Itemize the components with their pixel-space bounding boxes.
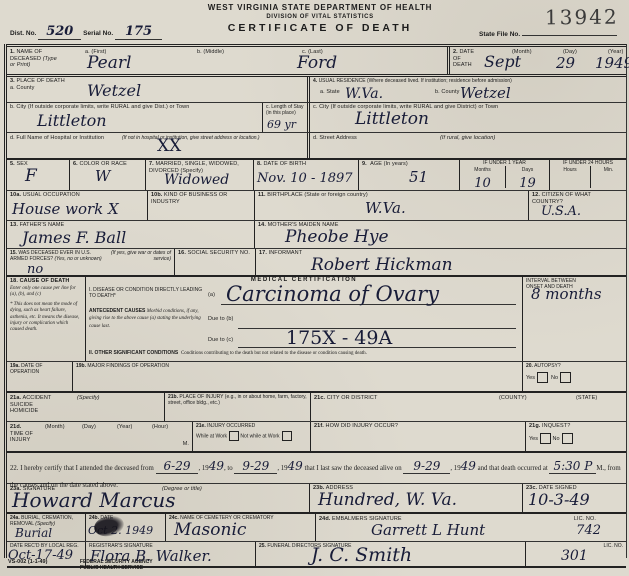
autopsy-no-checkbox [560, 372, 571, 383]
field-inquest: 21g. INQUEST? Yes No [525, 422, 626, 451]
cause-of-death-sidebar: 18. CAUSE OF DEATH Enter only one cause … [7, 277, 85, 361]
field-fathers-name: 13. FATHER'S NAME James F. Ball [7, 221, 254, 248]
injury-state-label: (STATE) [576, 395, 597, 402]
residence-county-value: Wetzel [460, 84, 511, 102]
field-place-of-death-county: 3. PLACE OF DEATH a. County Wetzel [7, 77, 307, 102]
hospital-label: d. Full Name of Hospital or Institution [10, 135, 110, 142]
birthplace-value: W.Va. [365, 199, 406, 217]
first-name-value: Pearl [87, 53, 131, 73]
cert-to-date: 9-29 [234, 459, 277, 474]
cert-death-time: 5:30 P [549, 459, 596, 474]
cause-c-tag: Due to (c) [208, 337, 233, 344]
medical-certification-area: MEDICAL CERTIFICATION I. DISEASE OR COND… [85, 277, 522, 361]
field-place-city: b. City (If outside corporate limits, wr… [7, 103, 262, 132]
cert-text-2: , 19 [198, 465, 208, 472]
funeral-lic-value: 301 [561, 548, 588, 564]
informant-value: Robert Hickman [311, 255, 453, 275]
embalmer-signature-value: Garrett L Hunt [371, 521, 485, 539]
form-body: 1. NAME OF DECEASED (Type or Print) a. (… [4, 44, 627, 558]
cert-text-1: 22. I hereby certify that I attended the… [10, 465, 154, 472]
place-city-label: b. City (If outside corporate limits, wr… [10, 104, 240, 111]
cause-footnote: * This does not mean the mode of dying, … [10, 302, 82, 333]
not-while-at-work-label: Not while at Work [240, 434, 279, 440]
state-file-line: State File No. [479, 31, 617, 38]
certification-statement: 22. I hereby certify that I attended the… [7, 453, 626, 483]
last-name-value: Ford [297, 53, 337, 73]
cert-last-seen-year: 49 [461, 459, 476, 473]
field-marital-status: 7. MARRIED, SINGLE, WIDOWED, DIVORCED (S… [145, 160, 253, 190]
while-at-work-checkbox [229, 431, 239, 441]
death-certificate-scan: WEST VIRGINIA STATE DEPARTMENT OF HEALTH… [0, 0, 629, 576]
inquest-yes-checkbox [540, 433, 551, 444]
injury-meridiem-label: M. [183, 441, 189, 448]
age-min-label: Min. [594, 167, 623, 173]
burial-value: Burial [15, 526, 52, 540]
birth-value: Nov. 10 - 1897 [257, 171, 353, 186]
injury-month-label: (Month) [45, 424, 65, 431]
injury-day-label: (Day) [82, 424, 96, 431]
cert-from-year: 49 [209, 459, 224, 473]
dist-no-label: Dist. No. [10, 30, 36, 37]
cause-b-tag: Due to (b) [208, 316, 233, 323]
field-color-or-race: 6. COLOR OR RACE W [69, 160, 145, 190]
field-injury-occurred: 21e. INJURY OCCURRED While at Work Not w… [192, 422, 310, 451]
marital-value: Widowed [164, 172, 229, 188]
field-funeral-director-signature: 25. FUNERAL DIRECTORS SIGNATURE J. C. Sm… [255, 542, 525, 566]
cause-c-value: 175X - 49A [286, 327, 392, 349]
department-title: WEST VIRGINIA STATE DEPARTMENT OF HEALTH [120, 3, 520, 12]
cert-text-3: , to [224, 465, 233, 472]
field-accident-suicide-homicide: 21a. ACCIDENT SUICIDE HOMICIDE (Specify) [7, 393, 164, 421]
embalmer-lic-label: LIC. NO. [574, 516, 596, 523]
inquest-yes-label: Yes [529, 436, 538, 442]
form-footer: VS-002 (1-1-49) FEDERAL SECURITY AGENCY … [8, 559, 153, 574]
field-major-findings: 19b. MAJOR FINDINGS OF OPERATION [72, 362, 522, 391]
field-funeral-lic-no: LIC. NO. 301 [525, 542, 626, 566]
field-birthplace: 11. BIRTHPLACE (State or foreign country… [254, 191, 528, 220]
field-sex: 5. SEX F [7, 160, 69, 190]
embalmer-lic-value: 742 [576, 523, 601, 538]
age-days-label: Days [509, 167, 546, 173]
field-interval-onset-death: INTERVAL BETWEEN ONSET AND DEATH 8 month… [522, 277, 626, 361]
cert-text-5: that I last saw the deceased alive on [305, 465, 402, 472]
serial-no-label: Serial No. [83, 30, 113, 37]
age-under24-group: IF UNDER 24 HOURS Hours Min. [549, 160, 626, 190]
field-injury-city-district: 21c. CITY OR DISTRICT (COUNTY) (STATE) [310, 393, 626, 421]
field-age: 9. AGE (In years) 51 IF UNDER 1 YEAR Mon… [358, 160, 626, 190]
mother-value: Pheobe Hye [285, 227, 389, 247]
field-date-of-death: 2. DATE OF DEATH (Month) (Day) (Year) Se… [447, 47, 626, 74]
residence-city-value: Littleton [355, 109, 429, 129]
injury-hour-label: (Hour) [152, 424, 168, 431]
cause-a-value: Carcinoma of Ovary [226, 282, 439, 306]
father-value: James F. Ball [22, 228, 126, 247]
agency-line2: PUBLIC HEALTH SERVICE [80, 565, 153, 571]
citizen-value: U.S.A. [541, 204, 581, 219]
field-residence-city: c. City (If outside corporate limits, wr… [307, 103, 626, 132]
field-time-of-injury: 21d. TIME OF INJURY (Month) (Day) (Year)… [7, 422, 192, 451]
county-label: a. County [10, 85, 304, 92]
field-citizen-of: 12. CITIZEN OF WHAT COUNTRY? U.S.A. [528, 191, 626, 220]
form-number: VS-002 (1-1-49) [8, 559, 47, 565]
field-name-of-deceased: 1. NAME OF DECEASED (Type or Print) a. (… [7, 47, 447, 74]
cert-last-seen-date: 9-29 [403, 459, 450, 474]
division-title: DIVISION OF VITAL STATISTICS [120, 14, 520, 20]
autopsy-yes-checkbox [537, 372, 548, 383]
field-informant: 17. INFORMANT Robert Hickman [255, 249, 626, 275]
residence-state-label: a. State [320, 89, 340, 96]
injury-year-label: (Year) [117, 424, 132, 431]
stay-value: 69 yr [267, 118, 296, 131]
street-hint: (If rural, give location) [440, 135, 495, 142]
sex-value: F [25, 166, 37, 186]
cert-from-date: 6-29 [156, 459, 199, 474]
injury-county-label: (COUNTY) [499, 395, 527, 402]
cert-text-6: , 19 [450, 465, 460, 472]
hospital-hint: (If not in hospital or institution, give… [122, 135, 272, 141]
race-value: W [95, 167, 110, 185]
cert-text-4: , 19 [277, 465, 287, 472]
age-months-label: Months [463, 167, 502, 173]
not-while-at-work-checkbox [282, 431, 292, 441]
autopsy-no-label: No [551, 375, 558, 381]
field-cemetery-name: 24c. NAME OF CEMETERY OR CREMATORY Mason… [165, 514, 315, 541]
death-year-value: 1949 [595, 54, 629, 72]
field-date-signed: 23c. DATE SIGNED 10-3-49 [522, 484, 626, 512]
inquest-no-checkbox [562, 433, 573, 444]
serial-no-value: 175 [115, 24, 162, 40]
certificate-title: CERTIFICATE OF DEATH [120, 22, 520, 34]
armed-value: no [27, 262, 43, 277]
residence-state-value: W.Va. [345, 86, 383, 102]
date-signed-value: 10-3-49 [528, 490, 590, 509]
state-file-label: State File No. [479, 31, 520, 38]
physician-address-value: Hundred, W. Va. [318, 490, 457, 510]
field-length-of-stay: c. Length of Stay (in this place) 69 yr [262, 103, 307, 132]
field-armed-forces: 15. WAS DECEASED EVER IN U.S. ARMED FORC… [7, 249, 174, 275]
age-months-value: 10 [474, 176, 491, 191]
hospital-value: XX [157, 136, 181, 156]
field-ssn: 16. SOCIAL SECURITY NO. [174, 249, 255, 275]
death-day-value: 29 [556, 54, 575, 72]
field-place-of-injury: 21b. PLACE OF INJURY (e.g., in or about … [164, 393, 310, 421]
field-date-of-birth: 8. DATE OF BIRTH Nov. 10 - 1897 [253, 160, 358, 190]
field-burial-date: 24b. DATE Oct 2. 1949 [85, 514, 165, 541]
field-mothers-maiden-name: 14. MOTHER'S MAIDEN NAME Pheobe Hye [254, 221, 626, 248]
inquest-no-label: No [553, 436, 560, 442]
cause-a-tag: (a) [208, 292, 215, 299]
interval-value: 8 months [531, 285, 602, 303]
field-embalmer-signature: 24d. EMBALMERS SIGNATURE LIC. NO. Garret… [315, 514, 626, 541]
field-usual-residence: 4. USUAL RESIDENCE (Where deceased lived… [307, 77, 626, 102]
cemetery-value: Masonic [174, 520, 246, 540]
while-at-work-label: While at Work [196, 434, 227, 440]
cert-to-year: 49 [288, 459, 303, 473]
field-physician-signature: 23a. SIGNATURE (Degree or title) Howard … [7, 484, 309, 512]
form-header: WEST VIRGINIA STATE DEPARTMENT OF HEALTH… [0, 0, 629, 44]
armed-hint2: (If yes, give war or dates of service) [109, 250, 171, 263]
age-years-cell: 9. AGE (In years) 51 [359, 160, 459, 190]
autopsy-yes-label: Yes [526, 375, 535, 381]
death-month-value: Sept [484, 52, 521, 71]
residence-county-label: b. County [435, 89, 459, 96]
district-serial-line: Dist. No. 520 Serial No. 175 [10, 24, 162, 39]
field-burial-cremation: 24a. BURIAL, CREMATION, REMOVAL (Specify… [7, 514, 85, 541]
field-physician-address: 23b. ADDRESS Hundred, W. Va. [309, 484, 522, 512]
file-number-stamp: 13942 [545, 5, 619, 30]
cause-instruction: Enter only one cause per line for (a), (… [10, 286, 82, 299]
street-label: d. Street Address [313, 135, 358, 142]
physician-signature-value: Howard Marcus [12, 488, 176, 512]
field-date-of-operation: 19a. DATE OF OPERATION [7, 362, 72, 391]
age-hours-label: Hours [553, 167, 587, 173]
field-usual-occupation: 10a. USUAL OCCUPATION House work X [7, 191, 147, 220]
funeral-director-value: J. C. Smith [311, 544, 412, 566]
field-hospital-name: d. Full Name of Hospital or Institution … [7, 133, 307, 158]
field-how-did-injury-occur: 21f. HOW DID INJURY OCCUR? [310, 422, 525, 451]
direct-cause-label: I. DISEASE OR CONDITION DIRECTLY LEADING… [89, 287, 204, 300]
cert-text-7: and that death occurred at [478, 465, 548, 472]
occupation-value: House work X [12, 200, 119, 218]
age-years-value: 51 [409, 168, 428, 186]
age-under1-group: IF UNDER 1 YEAR Months 10 Days 19 [459, 160, 549, 190]
injury-specify-hint: (Specify) [77, 395, 100, 402]
field-kind-of-business: 10b. KIND OF BUSINESS OR INDUSTRY [147, 191, 254, 220]
field-autopsy: 20. AUTOPSY? Yes No [522, 362, 626, 391]
place-city-value: Littleton [37, 111, 107, 130]
age-days-value: 19 [519, 176, 536, 191]
place-county-value: Wetzel [87, 81, 141, 100]
middle-name-label: b. (Middle) [197, 49, 224, 56]
dist-no-value: 520 [38, 24, 81, 40]
field-street-address: d. Street Address (If rural, give locati… [307, 133, 626, 158]
stay-label: c. Length of Stay (in this place) [266, 104, 304, 117]
